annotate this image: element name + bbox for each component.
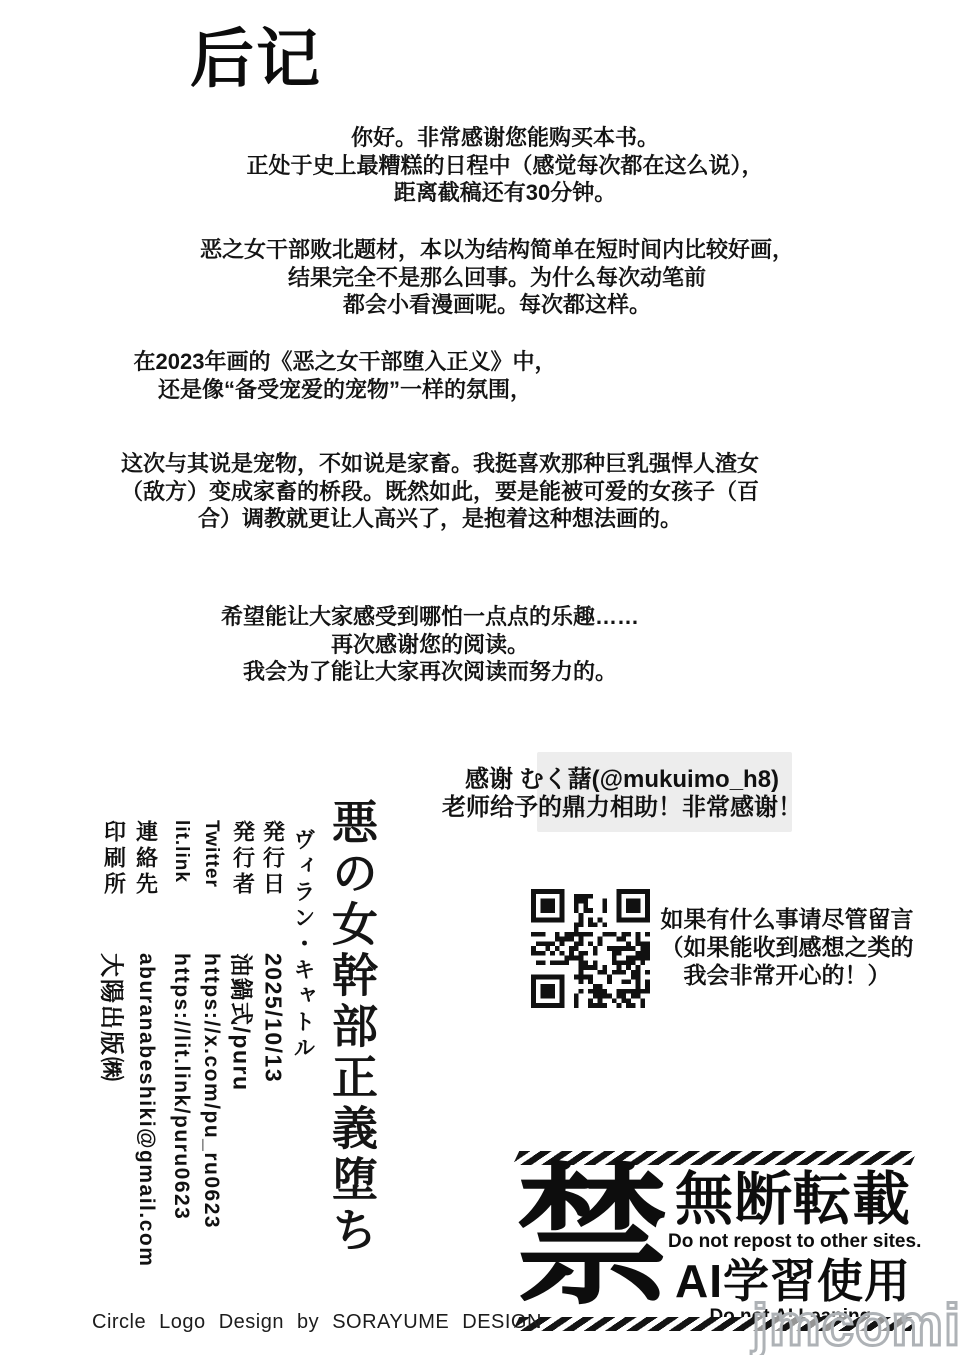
colophon-value: 2025/10/13 <box>260 953 287 1083</box>
qr-message: 如果有什么事请尽管留言 （如果能收到感想之类的 我会非常开心的！） <box>587 905 960 989</box>
paragraph-greeting: 你好。非常感谢您能购买本书。 正处于史上最糟糕的日程中（感觉每次都在这么说）， … <box>105 124 905 207</box>
paragraph-line: 正处于史上最糟糕的日程中（感觉每次都在这么说）， <box>105 152 905 180</box>
qr-message-line: 如果有什么事请尽管留言 <box>587 905 960 933</box>
paragraph-line: 距离截稿还有30分钟。 <box>105 179 905 207</box>
colophon-value: https://x.com/pu_ru0623 <box>199 953 223 1229</box>
paragraph-line: 在2023年画的《恶之女干部堕入正义》中， <box>0 348 690 376</box>
no-repost-en: Do not repost to other sites. <box>668 1232 918 1252</box>
paragraph-line: 我会为了能让大家再次阅读而努力的。 <box>30 658 830 686</box>
paragraph-line: 这次与其说是宠物，不如说是家畜。我挺喜欢那种巨乳强悍人渣女 <box>0 450 880 478</box>
thanks-line: 老师给予的鼎力相助！非常感谢！ <box>372 794 872 822</box>
colophon-entry-printer: 印刷所 大陽出版㈱ <box>99 792 129 1292</box>
qr-message-line: 我会非常开心的！） <box>587 961 960 989</box>
special-thanks: 感谢 むく藷(@mukuimo_h8) 老师给予的鼎力相助！非常感谢！ <box>372 766 872 822</box>
colophon-entry-litlink: lit.link https://lit.link/puru0623 <box>166 792 196 1292</box>
paragraph-line: 都会小看漫画呢。每次都这样。 <box>97 291 897 319</box>
paragraph-line: （敌方）变成家畜的桥段。既然如此，要是能被可爱的女孩子（百 <box>0 478 880 506</box>
colophon: 悪の女幹部正義堕ち ヴィラン・キャトル 発行日 2025/10/13 発行者 油… <box>90 792 402 1292</box>
paragraph-line: 再次感谢您的阅读。 <box>30 631 830 659</box>
paragraph-line: 希望能让大家感受到哪怕一点点的乐趣…… <box>30 603 830 631</box>
site-watermark: jmcomic <box>752 1292 960 1355</box>
paragraph-line: 合）调教就更让人高兴了，是抱着这种想法画的。 <box>0 505 880 533</box>
colophon-entry-twitter: Twitter https://x.com/pu_ru0623 <box>196 792 226 1292</box>
paragraph-line: 恶之女干部败北题材，本以为结构简单在短时间内比较好画， <box>97 236 897 264</box>
colophon-value: https://lit.link/puru0623 <box>169 953 193 1220</box>
colophon-value: 油鍋式/puru <box>227 953 260 1092</box>
paragraph-concept: 这次与其说是宠物，不如说是家畜。我挺喜欢那种巨乳强悍人渣女 （敌方）变成家畜的桥… <box>0 450 880 533</box>
thanks-line: 感谢 むく藷(@mukuimo_h8) <box>372 766 872 794</box>
colophon-label: 発行者 <box>228 820 259 898</box>
paragraph-line: 结果完全不是那么回事。为什么每次动笔前 <box>97 264 897 292</box>
colophon-label: 発行日 <box>258 820 289 898</box>
paragraph-line: 你好。非常感谢您能购买本书。 <box>105 124 905 152</box>
colophon-entry-publish-date: 発行日 2025/10/13 <box>258 792 288 1292</box>
no-repost-jp: 無断転載 <box>668 1170 918 1229</box>
colophon-label: 印刷所 <box>99 820 130 898</box>
colophon-value: 大陽出版㈱ <box>97 953 132 1083</box>
paragraph-theme: 恶之女干部败北题材，本以为结构简单在短时间内比较好画， 结果完全不是那么回事。为… <box>97 236 897 319</box>
logo-design-credit: Circle Logo Design by SORAYUME DESIGN <box>92 1311 542 1334</box>
qr-message-line: （如果能收到感想之类的 <box>587 933 960 961</box>
colophon-entry-contact: 連絡先 aburanabeshiki@gmail.com <box>131 792 161 1292</box>
book-title-vertical: 悪の女幹部正義堕ち <box>318 798 384 1298</box>
afterword-page: 后记 你好。非常感谢您能购买本书。 正处于史上最糟糕的日程中（感觉每次都在这么说… <box>0 0 960 1355</box>
colophon-value: aburanabeshiki@gmail.com <box>134 953 158 1267</box>
book-subtitle-vertical: ヴィラン・キャトル <box>288 828 319 1288</box>
kin-prohibited-kanji: 禁 <box>516 1164 668 1313</box>
paragraph-closing: 希望能让大家感受到哪怕一点点的乐趣…… 再次感谢您的阅读。 我会为了能让大家再次… <box>30 603 830 686</box>
colophon-label: lit.link <box>170 820 192 883</box>
colophon-entry-publisher: 発行者 油鍋式/puru <box>228 792 258 1292</box>
colophon-label: Twitter <box>200 820 222 888</box>
paragraph-line: 还是像“备受宠爱的宠物”一样的氛围， <box>0 376 690 404</box>
paragraph-previous-work: 在2023年画的《恶之女干部堕入正义》中， 还是像“备受宠爱的宠物”一样的氛围， <box>0 348 690 403</box>
colophon-label: 連絡先 <box>131 820 162 898</box>
page-title: 后记 <box>190 8 322 100</box>
